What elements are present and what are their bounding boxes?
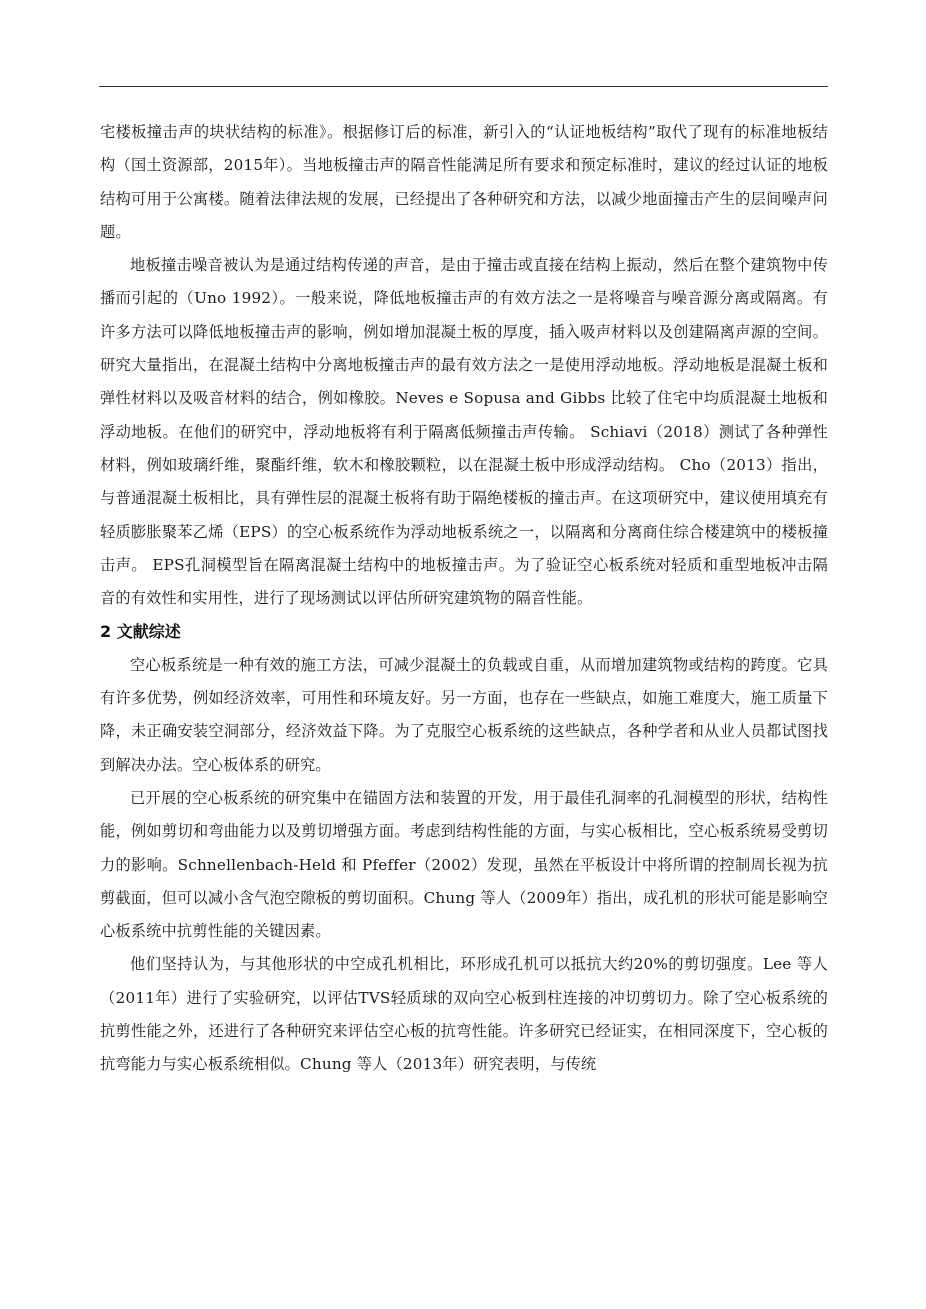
header-rule <box>99 86 828 87</box>
document-body: 宅楼板撞击声的块状结构的标准》。根据修订后的标准，新引入的“认证地板结构”取代了… <box>100 116 828 1082</box>
paragraph-floor-impact-noise: 地板撞击噪音被认为是通过结构传递的声音，是由于撞击或直接在结构上振动，然后在整个… <box>100 249 828 615</box>
paragraph-continued: 宅楼板撞击声的块状结构的标准》。根据修订后的标准，新引入的“认证地板结构”取代了… <box>100 116 828 249</box>
section-heading-literature-review: 2 文献综述 <box>100 615 828 648</box>
paragraph-hollow-slab-intro: 空心板系统是一种有效的施工方法，可减少混凝土的负载或自重，从而增加建筑物或结构的… <box>100 649 828 782</box>
paragraph-shear-flexural: 他们坚持认为，与其他形状的中空成孔机相比，环形成孔机可以抵抗大约20%的剪切强度… <box>100 948 828 1081</box>
paragraph-hollow-slab-research: 已开展的空心板系统的研究集中在锚固方法和装置的开发，用于最佳孔洞率的孔洞模型的形… <box>100 782 828 948</box>
